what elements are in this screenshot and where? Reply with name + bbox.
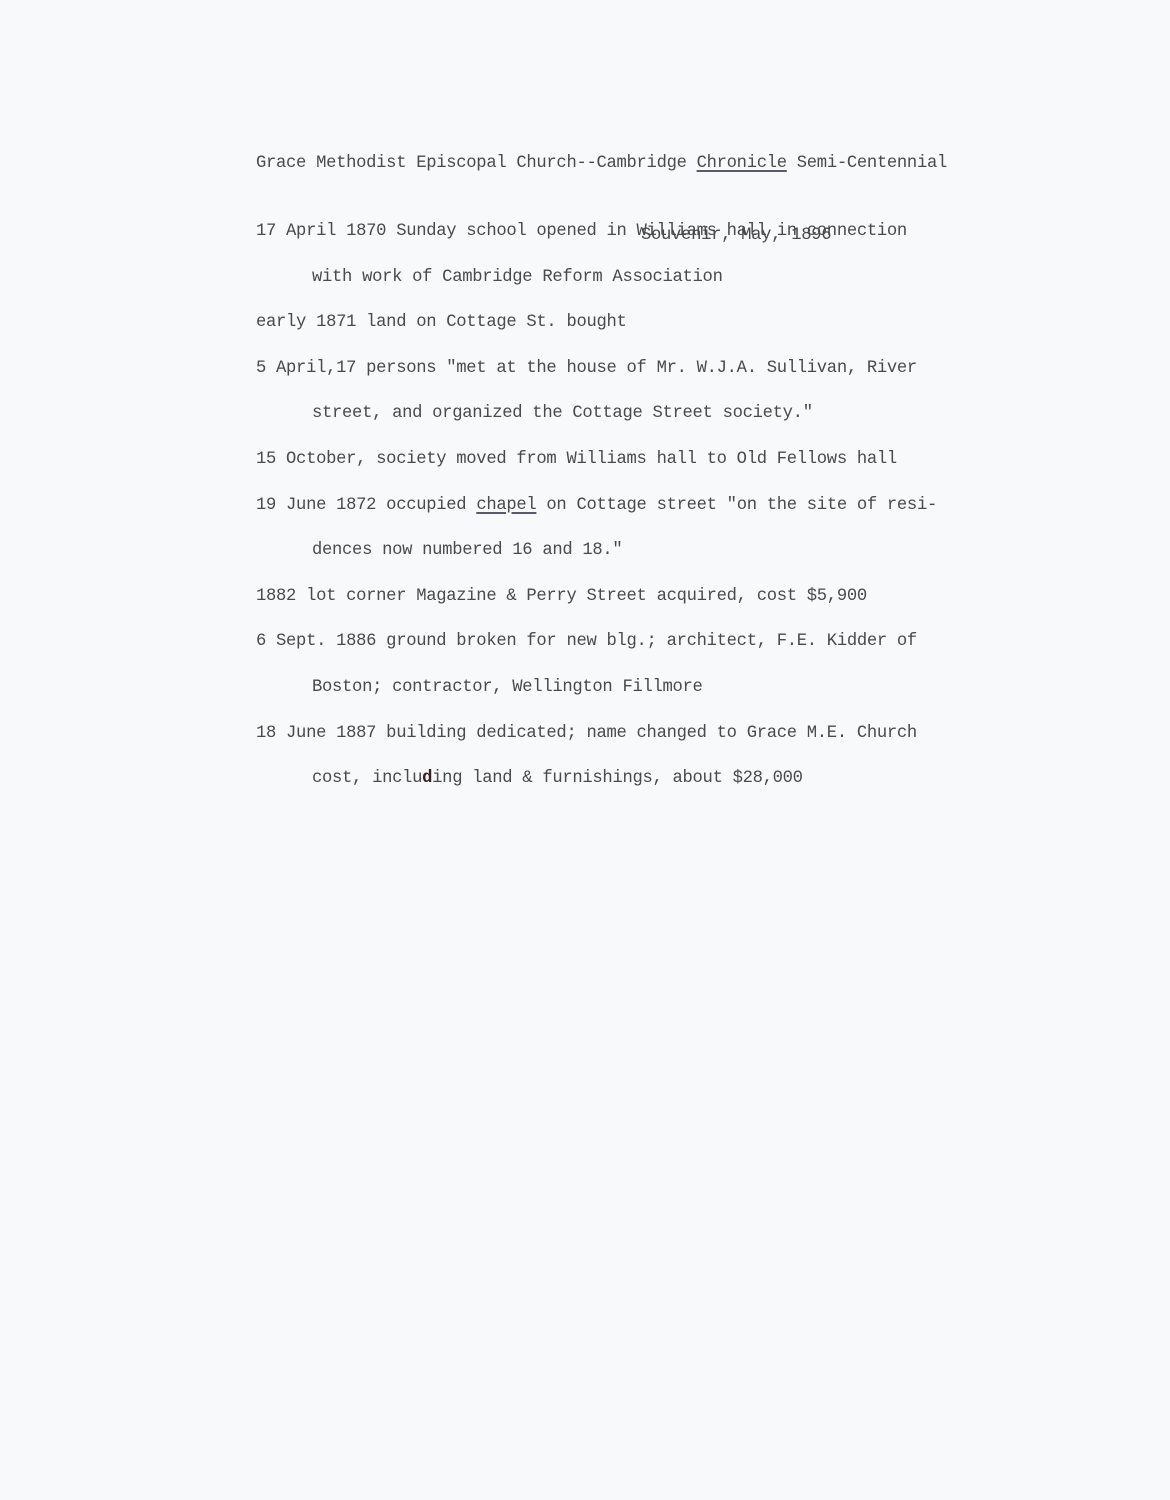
entry-line: 1882 lot corner Magazine & Perry Street … xyxy=(256,584,1056,630)
entry-continuation-line: with work of Cambridge Reform Associatio… xyxy=(256,265,1056,311)
chronology-entry: early 1871 land on Cottage St. bought xyxy=(256,310,1056,356)
entry-line: 19 June 1872 occupied chapel on Cottage … xyxy=(256,493,1056,539)
underlined-word: chapel xyxy=(476,496,536,515)
entry-text: on Cottage street "on the site of resi- xyxy=(536,496,937,515)
entry-text: 19 June 1872 occupied xyxy=(256,496,476,515)
entry-continuation-line: dences now numbered 16 and 18." xyxy=(256,538,1056,584)
chronology-entry: 17 April 1870 Sunday school opened in Wi… xyxy=(256,219,1056,310)
document-page: Grace Methodist Episcopal Church--Cambri… xyxy=(0,0,1170,1500)
chronology-entry: 15 October, society moved from Williams … xyxy=(256,447,1056,493)
entry-line: 17 April 1870 Sunday school opened in Wi… xyxy=(256,219,1056,265)
entry-line: early 1871 land on Cottage St. bought xyxy=(256,310,1056,356)
entry-line: 5 April,17 persons "met at the house of … xyxy=(256,356,1056,402)
chronology-entry: 19 June 1872 occupied chapel on Cottage … xyxy=(256,493,1056,584)
entry-line: 6 Sept. 1886 ground broken for new blg.;… xyxy=(256,629,1056,675)
chronology-entry: 6 Sept. 1886 ground broken for new blg.;… xyxy=(256,629,1056,720)
chronology-entry: 5 April,17 persons "met at the house of … xyxy=(256,356,1056,447)
entry-text: cost, inclu xyxy=(312,769,422,788)
entry-text: ing land & furnishings, about $28,000 xyxy=(432,769,803,788)
entry-line: 15 October, society moved from Williams … xyxy=(256,447,1056,493)
header-title-part: Grace Methodist Episcopal Church--Cambri… xyxy=(256,154,697,173)
header-title-part: Semi-Centennial xyxy=(787,154,947,173)
chronology-list: 17 April 1870 Sunday school opened in Wi… xyxy=(256,219,1056,812)
publication-title-underlined: Chronicle xyxy=(697,154,787,173)
entry-line: 18 June 1887 building dedicated; name ch… xyxy=(256,721,1056,767)
entry-continuation-line: Boston; contractor, Wellington Fillmore xyxy=(256,675,1056,721)
entry-continuation-line: street, and organized the Cottage Street… xyxy=(256,401,1056,447)
chronology-entry: 1882 lot corner Magazine & Perry Street … xyxy=(256,584,1056,630)
handwritten-correction: d xyxy=(422,769,432,788)
header-title-line: Grace Methodist Episcopal Church--Cambri… xyxy=(256,152,1056,176)
entry-continuation-line: cost, including land & furnishings, abou… xyxy=(256,766,1056,812)
chronology-entry: 18 June 1887 building dedicated; name ch… xyxy=(256,721,1056,812)
